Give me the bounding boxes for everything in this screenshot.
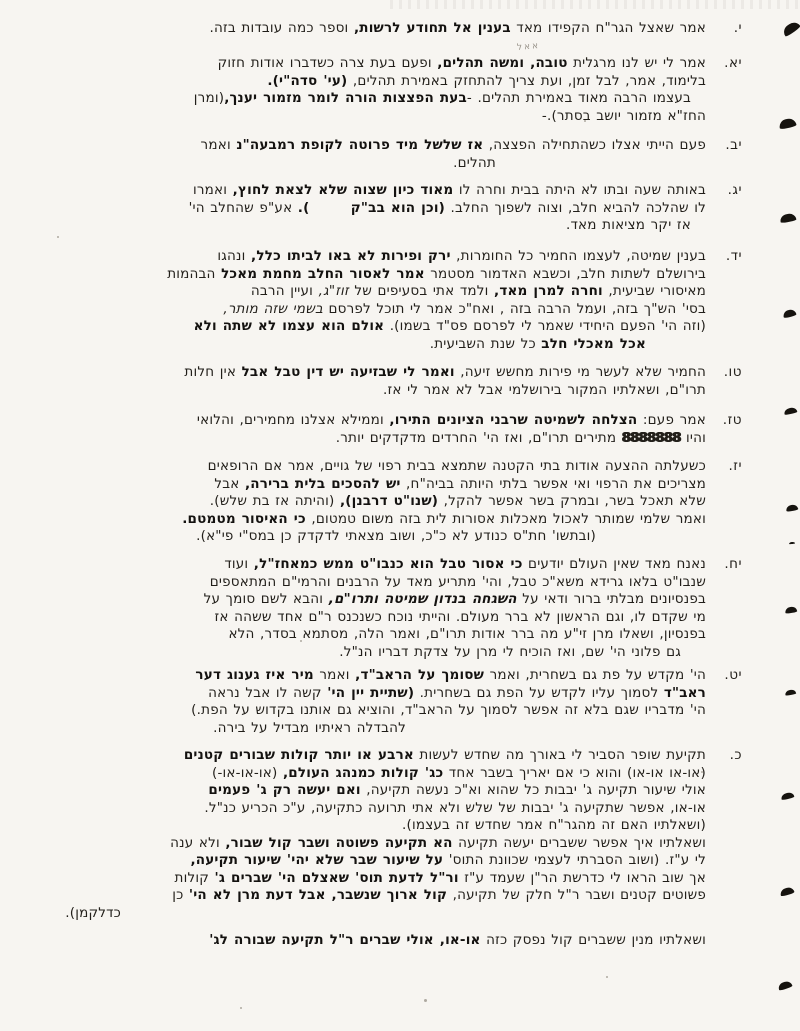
dust-speck bbox=[300, 640, 302, 642]
text-run: כשעלתה ההצעה אודות בתי הקטנה שתמצא בבית … bbox=[208, 458, 706, 474]
section: י.אמר שאצל הגר"ח הקפידו מאד בענין אל תחו… bbox=[70, 20, 742, 38]
scan-artifact bbox=[784, 407, 798, 416]
text-run: ואמר bbox=[201, 137, 237, 153]
text-line: לי ע"ז. (ושוב הסברתי לעצמי שכוונת התוס' … bbox=[70, 852, 706, 870]
text-line: לו שהלכה להביא חלב, וצוה לשפוך החלב. (וכ… bbox=[70, 200, 706, 218]
text-run: בעת הפצצות הורה לומר מזמור יענך, bbox=[224, 90, 467, 106]
text-line: בפנסיון, ושאלו מרן זי"ע מה ברר אודות תרו… bbox=[70, 626, 706, 644]
text-line: בפנסיונים מבלתי ברור ודאי על השגחה בנדון… bbox=[70, 591, 706, 609]
section-lines: הי' מקדש על פת גם בשחרית, ואמר שסומך על … bbox=[70, 667, 706, 737]
text-line: בעצמו הרבה מאוד באמירת תהלים. -בעת הפצצו… bbox=[70, 90, 706, 108]
text-run: וממילא אצלנו מחמירים, והלואי bbox=[197, 412, 389, 428]
text-line: מאיסורי שביעית, וחרה למרן מאד, ולמד אתי … bbox=[70, 283, 706, 301]
text-line: כשעלתה ההצעה אודות בתי הקטנה שתמצא בבית … bbox=[70, 458, 706, 476]
text-run: כי אסור טבל הוא כנבו"ט ממש כמאחז"ל, bbox=[254, 556, 523, 572]
text-run: אמר לאסור החלב מחמת מאכל bbox=[221, 266, 425, 282]
text-run: שסומך על הראב"ד, bbox=[355, 667, 484, 683]
text-line: מי שקדם לו, וגם הראשון לא ברר מעולם. והי… bbox=[70, 609, 706, 627]
text-run: (ובתשו' חת"ס כנודע לא כ"כ, ושוב מצאתי לד… bbox=[196, 528, 596, 544]
text-run: והבא לשם סומך על bbox=[204, 591, 329, 607]
text-run: ור"ל לדעת תוס' שאצלם הי' שברים ג' bbox=[215, 870, 459, 886]
text-run: כן bbox=[172, 887, 189, 903]
text-run: אבל bbox=[214, 476, 245, 492]
dust-speck bbox=[606, 976, 608, 978]
text-run: ואמר לי שבזיעה יש דין טבל אבל bbox=[242, 364, 455, 380]
text-run: (וזה הי' הפעם היחידי שאמר לי לפרסם פס"ד … bbox=[384, 318, 706, 334]
text-run: תקיעת שופר הסביר לי באורך מה שחדש לעשות bbox=[414, 747, 706, 763]
text-run: 8888888 bbox=[622, 430, 681, 446]
section-lines: ושאלתיו מנין ששברים קול נפסק כזה או-או, … bbox=[70, 932, 706, 950]
text-run: (ומרן bbox=[194, 90, 224, 106]
text-line: תרו"ם, ושאלתיו המקור בירושלמי אבל לא אמר… bbox=[70, 382, 706, 400]
text-line: שנבו"ט בלאו גרידא משא"כ טבל, והי' מתריע … bbox=[70, 574, 706, 592]
text-run: וספר כמה עובדות בזה. bbox=[210, 20, 354, 36]
section-lines: בענין שמיטה, לעצמו החמיר כל החומרות, ירק… bbox=[70, 248, 706, 353]
text-run: כי האיסור מטמטם. bbox=[182, 511, 306, 527]
text-run: כג' קולות כמנהג העולם, bbox=[283, 765, 443, 781]
text-run: מיר איז גענוג דער bbox=[195, 667, 313, 683]
text-line: ראב"ד לסמוך עליו לקדש על הפת גם בשחרית. … bbox=[70, 685, 706, 703]
text-run: ושאלתיו איך אפשר ששברים יעשה תקיעה bbox=[453, 835, 706, 851]
text-run: ירק ופירות לא באו לביתו כלל, bbox=[251, 248, 451, 264]
text-run: הצלחה לשמיטה שרבני הציונים התירו, bbox=[389, 412, 637, 428]
text-run: (או-או או-או) והוא כי אם יאריך בשבר אחד bbox=[443, 765, 706, 781]
text-line: אז יקר מציאות מאד. bbox=[70, 217, 706, 235]
scan-noise bbox=[390, 0, 800, 9]
dust-speck bbox=[240, 1007, 242, 1009]
text-run: ועוד bbox=[224, 556, 253, 572]
text-run: כדלקמן). bbox=[65, 905, 121, 921]
text-line: אמר לי יש לנו מרגלית טובה, ומשה תהלים, ו… bbox=[70, 55, 706, 73]
text-run: אמר פעם: bbox=[637, 412, 706, 428]
text-run: להבדלה ראיתיו מבדיל על בירה. bbox=[213, 720, 406, 736]
document-page: אאל י.אמר שאצל הגר"ח הקפידו מאד בענין אל… bbox=[0, 0, 800, 1031]
text-run: אז יקר מציאות מאד. bbox=[566, 217, 691, 233]
text-run: ואמר שלמי שמותר לאכול מאכלות אסורות לית … bbox=[306, 511, 706, 527]
text-line: הי' מדבריו שגם בלא זה אפשר לסמוך על הראב… bbox=[70, 702, 706, 720]
text-run: גם פלוני הי' שם, ואז הוכיח לי מרן על צדק… bbox=[339, 644, 681, 660]
section-lines: תקיעת שופר הסביר לי באורך מה שחדש לעשות … bbox=[70, 747, 706, 922]
text-run: תרו"ם, ושאלתיו המקור בירושלמי אבל לא אמר… bbox=[383, 382, 706, 398]
text-line: בסי' הש"ך בזה, ועמל הרבה בזה , ואח"כ אמר… bbox=[70, 301, 706, 319]
section: יד.בענין שמיטה, לעצמו החמיר כל החומרות, … bbox=[70, 248, 742, 353]
scan-artifact bbox=[779, 886, 794, 897]
section-lines: נאנח מאד שאין העולם יודעים כי אסור טבל ה… bbox=[70, 556, 706, 661]
text-line: בירושלם לשתות חלב, וכשבא האדמור מסטמר אמ… bbox=[70, 266, 706, 284]
text-run: בירושלם לשתות חלב, וכשבא האדמור מסטמר bbox=[425, 266, 706, 282]
text-line: בענין שמיטה, לעצמו החמיר כל החומרות, ירק… bbox=[70, 248, 706, 266]
text-run: שלא תאכל בשר, ובמרק בשר אפשר להקל, bbox=[438, 493, 706, 509]
text-line: (ובתשו' חת"ס כנודע לא כ"כ, ושוב מצאתי לד… bbox=[70, 528, 706, 546]
text-run: (וכן הוא בב"ק ). bbox=[298, 200, 445, 216]
text-run: (או-או-או-) bbox=[212, 765, 283, 781]
text-run: או-או, אולי שברים ר"ל תקיעה שבורה לג' bbox=[209, 932, 480, 948]
text-line: גם פלוני הי' שם, ואז הוכיח לי מרן על צדק… bbox=[70, 644, 706, 662]
text-run: ועיין הרבה bbox=[251, 283, 319, 299]
text-run: ולא ענה bbox=[170, 835, 225, 851]
text-run: מצריכים את הרפוי ואי אפשר בלתי היותה בבי… bbox=[401, 476, 706, 492]
text-line: נאנח מאד שאין העולם יודעים כי אסור טבל ה… bbox=[70, 556, 706, 574]
scan-artifact bbox=[779, 213, 796, 224]
text-run: הבהמות bbox=[167, 266, 221, 282]
text-line: להבדלה ראיתיו מבדיל על בירה. bbox=[70, 720, 706, 738]
text-line: (ושאלתיו האם זה מהגר"ח אמר שחדש זה בעצמו… bbox=[70, 817, 706, 835]
section-number: י. bbox=[706, 20, 742, 38]
text-run: החמיר שלא לעשר מי פירות מחשש זיעה, bbox=[455, 364, 706, 380]
text-run: מתירים תרו"ם, ואז הי' החרדים מדקדקים יות… bbox=[336, 430, 622, 446]
text-line: הי' מקדש על פת גם בשחרית, ואמר שסומך על … bbox=[70, 667, 706, 685]
text-run: בעצמו הרבה מאוד באמירת תהלים. - bbox=[467, 90, 691, 106]
section: יט.הי' מקדש על פת גם בשחרית, ואמר שסומך … bbox=[70, 667, 742, 737]
text-run: קשה לו אבל נראה bbox=[208, 685, 327, 701]
text-run: קולות bbox=[175, 870, 215, 886]
scan-artifact bbox=[781, 20, 800, 38]
text-line: באותה שעה ובתו לא היתה בבית וחרה לו מאוד… bbox=[70, 182, 706, 200]
text-run: פשוטים קטנים ושבר ר"ל חלק של תקיעה, bbox=[447, 887, 706, 903]
text-line: כדלקמן). bbox=[70, 905, 706, 923]
text-run: הי' מקדש על פת גם בשחרית, ואמר bbox=[484, 667, 706, 683]
text-run: השגחה בנדון שמיטה ותרו"ם, bbox=[329, 591, 517, 607]
text-line: אמר פעם: הצלחה לשמיטה שרבני הציונים התיר… bbox=[70, 412, 706, 430]
section-number: טז. bbox=[706, 412, 742, 430]
text-run: ואם יעשה רק ג' פעמים bbox=[208, 782, 360, 798]
scan-artifact bbox=[777, 980, 792, 991]
section: טו.החמיר שלא לעשר מי פירות מחשש זיעה, וא… bbox=[70, 364, 742, 399]
section: כ.תקיעת שופר הסביר לי באורך מה שחדש לעשו… bbox=[70, 747, 742, 922]
text-run: אכל מאכלי חלב bbox=[541, 336, 646, 352]
section-lines: באותה שעה ובתו לא היתה בבית וחרה לו מאוד… bbox=[70, 182, 706, 235]
text-run: ראב"ד bbox=[664, 685, 706, 701]
section-number: יט. bbox=[706, 667, 742, 685]
text-line: תקיעת שופר הסביר לי באורך מה שחדש לעשות … bbox=[70, 747, 706, 765]
text-run: בפנסיונים מבלתי ברור ודאי על bbox=[517, 591, 706, 607]
text-run: בענין שמיטה, לעצמו החמיר כל החומרות, bbox=[451, 248, 706, 264]
section: יא.אמר לי יש לנו מרגלית טובה, ומשה תהלים… bbox=[70, 55, 742, 125]
section-lines: אמר לי יש לנו מרגלית טובה, ומשה תהלים, ו… bbox=[70, 55, 706, 125]
text-run: אמר שאצל הגר"ח הקפידו מאד bbox=[511, 20, 706, 36]
text-run: הא תקיעה פשוטה ושבר קול שבור, bbox=[225, 835, 452, 851]
dust-speck bbox=[701, 771, 703, 773]
text-line: תהלים. bbox=[70, 155, 706, 173]
text-run: נאנח מאד שאין העולם יודעים bbox=[523, 556, 706, 572]
scan-artifact bbox=[785, 606, 798, 614]
text-run: אולם הוא עצמו לא שתה ולא bbox=[194, 318, 385, 334]
text-run: או-או, אפשר שתקיעה ג' יבבות של שלש ולא א… bbox=[204, 800, 706, 816]
text-run: שנבו"ט בלאו גרידא משא"כ טבל, והי' מתריע … bbox=[210, 574, 706, 590]
text-run: הי' מדבריו שגם בלא זה אפשר לסמוך על הראב… bbox=[191, 702, 706, 718]
section: טז.אמר פעם: הצלחה לשמיטה שרבני הציונים ה… bbox=[70, 412, 742, 447]
text-line: (או-או או-או) והוא כי אם יאריך בשבר אחד … bbox=[70, 765, 706, 783]
text-line: מצריכים את הרפוי ואי אפשר בלתי היותה בבי… bbox=[70, 476, 706, 494]
text-run: ושאלתיו מנין ששברים קול נפסק כזה bbox=[481, 932, 706, 948]
text-run: קול ארוך שנשבר, אבל דעת מרן לא הי' bbox=[189, 887, 447, 903]
text-run: ואמרו bbox=[193, 182, 233, 198]
text-run: אמר לי יש לנו מרגלית bbox=[568, 55, 706, 71]
text-run: ואמר bbox=[314, 667, 355, 683]
section-number: כ. bbox=[706, 747, 742, 765]
text-line: ושאלתיו מנין ששברים קול נפסק כזה או-או, … bbox=[70, 932, 706, 950]
text-line: החז"א מזמור יושב בסתר).- bbox=[70, 108, 706, 126]
text-run: (שתיית יין הי' bbox=[327, 685, 414, 701]
text-line: אולי שיעור תקיעה ג' יבבות כל שהוא וא"כ נ… bbox=[70, 782, 706, 800]
text-line: אך שוב הראו לי כדרשת הר"ן שעמד ע"ז ור"ל … bbox=[70, 870, 706, 888]
scan-artifact bbox=[789, 542, 795, 545]
text-run: (עי' סדה"י). bbox=[267, 73, 347, 89]
text-run: על שיעור שבר שלא יהי' שיעור תקיעה, bbox=[190, 852, 443, 868]
dust-speck bbox=[57, 236, 59, 238]
section-lines: פעם הייתי אצלו כשהתחילה הפצצה, אז שלשל מ… bbox=[70, 137, 706, 172]
scan-artifact bbox=[780, 792, 794, 801]
section-number: יב. bbox=[706, 137, 742, 155]
text-run: אולי שיעור תקיעה ג' יבבות כל שהוא וא"כ נ… bbox=[361, 782, 706, 798]
section: יח.נאנח מאד שאין העולם יודעים כי אסור טב… bbox=[70, 556, 742, 661]
text-line: או-או, אפשר שתקיעה ג' יבבות של שלש ולא א… bbox=[70, 800, 706, 818]
text-line: ואמר שלמי שמותר לאכול מאכלות אסורות לית … bbox=[70, 511, 706, 529]
section-number: יז. bbox=[706, 458, 742, 476]
section-lines: כשעלתה ההצעה אודות בתי הקטנה שתמצא בבית … bbox=[70, 458, 706, 546]
text-run: בלימוד, אמר, לבל זמן, ועת צריך להתחזק בא… bbox=[347, 73, 706, 89]
text-run: ופעם בעת צרה כשדברו אודות חזוק bbox=[218, 55, 438, 71]
text-run: זוז"ג, bbox=[319, 283, 349, 299]
text-run: אע"פ שהחלב הי' bbox=[189, 200, 298, 216]
text-run: אך שוב הראו לי כדרשת הר"ן שעמד ע"ז bbox=[459, 870, 706, 886]
text-run: יש להסכים בלית ברירה, bbox=[245, 476, 401, 492]
dust-speck bbox=[584, 120, 586, 122]
text-run: בשמי שזה מותר, bbox=[223, 301, 323, 317]
section: יז.כשעלתה ההצעה אודות בתי הקטנה שתמצא בב… bbox=[70, 458, 742, 546]
text-run: לסמוך עליו לקדש על הפת גם בשחרית. bbox=[414, 685, 664, 701]
text-run: באותה שעה ובתו לא היתה בבית וחרה לו bbox=[453, 182, 706, 198]
text-run: (ושאלתיו האם זה מהגר"ח אמר שחדש זה בעצמו… bbox=[402, 817, 706, 833]
text-run: מאוד כיון שצוה שלא לצאת לחוץ, bbox=[233, 182, 454, 198]
section: יב.פעם הייתי אצלו כשהתחילה הפצצה, אז שלש… bbox=[70, 137, 742, 172]
text-run: כל שנת השביעית. bbox=[430, 336, 542, 352]
text-run: בסי' הש"ך בזה, ועמל הרבה בזה , ואח"כ אמר… bbox=[323, 301, 706, 317]
text-run: (שנו"ט דרבנן), bbox=[340, 493, 438, 509]
section-lines: אמר שאצל הגר"ח הקפידו מאד בענין אל תחודע… bbox=[70, 20, 706, 38]
text-run: ונהגו bbox=[217, 248, 251, 264]
text-line: החמיר שלא לעשר מי פירות מחשש זיעה, ואמר … bbox=[70, 364, 706, 382]
section-number: טו. bbox=[706, 364, 742, 382]
text-line: ושאלתיו איך אפשר ששברים יעשה תקיעה הא תק… bbox=[70, 835, 706, 853]
dust-speck bbox=[424, 999, 427, 1002]
closing-paragraph: ושאלתיו מנין ששברים קול נפסק כזה או-או, … bbox=[70, 932, 706, 950]
text-run: החז"א מזמור יושב בסתר).- bbox=[542, 108, 706, 124]
text-run: מאיסורי שביעית, bbox=[603, 283, 706, 299]
scan-artifact bbox=[782, 309, 796, 319]
text-run: אז שלשל מיד פרוטה לקופת רמבעה"נ bbox=[236, 137, 483, 153]
text-line: אמר שאצל הגר"ח הקפידו מאד בענין אל תחודע… bbox=[70, 20, 706, 38]
text-run: טובה, ומשה תהלים, bbox=[437, 55, 567, 71]
text-run: תהלים. bbox=[453, 155, 496, 171]
text-line: והיו 8888888 מתירים תרו"ם, ואז הי' החרדי… bbox=[70, 430, 706, 448]
text-line: פשוטים קטנים ושבר ר"ל חלק של תקיעה, קול … bbox=[70, 887, 706, 905]
text-run: אין חלות bbox=[184, 364, 241, 380]
text-run: והיו bbox=[681, 430, 707, 446]
text-run: מי שקדם לו, וגם הראשון לא ברר מעולם. והי… bbox=[215, 609, 706, 625]
text-line: שלא תאכל בשר, ובמרק בשר אפשר להקל, (שנו"… bbox=[70, 493, 706, 511]
text-run: ארבע או יותר קולות שבורים קטנים bbox=[184, 747, 414, 763]
text-run: בענין אל תחודע לרשות, bbox=[354, 20, 511, 36]
text-run: לו שהלכה להביא חלב, וצוה לשפוך החלב. bbox=[445, 200, 706, 216]
text-line: (וזה הי' הפעם היחידי שאמר לי לפרסם פס"ד … bbox=[70, 318, 706, 336]
scan-artifact bbox=[785, 689, 797, 696]
text-line: פעם הייתי אצלו כשהתחילה הפצצה, אז שלשל מ… bbox=[70, 137, 706, 155]
text-line: בלימוד, אמר, לבל זמן, ועת צריך להתחזק בא… bbox=[70, 73, 706, 91]
text-run: וחרה למרן מאד, bbox=[494, 283, 603, 299]
text-run: פעם הייתי אצלו כשהתחילה הפצצה, bbox=[483, 137, 706, 153]
text-line: אכל מאכלי חלב כל שנת השביעית. bbox=[70, 336, 706, 354]
text-run: (והיתה אז בת שלש). bbox=[210, 493, 340, 509]
scan-artifact bbox=[786, 504, 799, 512]
section-number: יג. bbox=[706, 182, 742, 200]
section-number: יד. bbox=[706, 248, 742, 266]
text-run: לי ע"ז. (ושוב הסברתי לעצמי שכוונת התוס' bbox=[443, 852, 706, 868]
section-number: יח. bbox=[706, 556, 742, 574]
text-run: ולמד אתי בסעיפים של bbox=[349, 283, 494, 299]
section: יג.באותה שעה ובתו לא היתה בבית וחרה לו מ… bbox=[70, 182, 742, 235]
section-lines: אמר פעם: הצלחה לשמיטה שרבני הציונים התיר… bbox=[70, 412, 706, 447]
section-lines: החמיר שלא לעשר מי פירות מחשש זיעה, ואמר … bbox=[70, 364, 706, 399]
scan-artifact bbox=[778, 117, 796, 129]
margin-annotation: אאל bbox=[517, 41, 541, 53]
section-number: יא. bbox=[706, 55, 742, 73]
